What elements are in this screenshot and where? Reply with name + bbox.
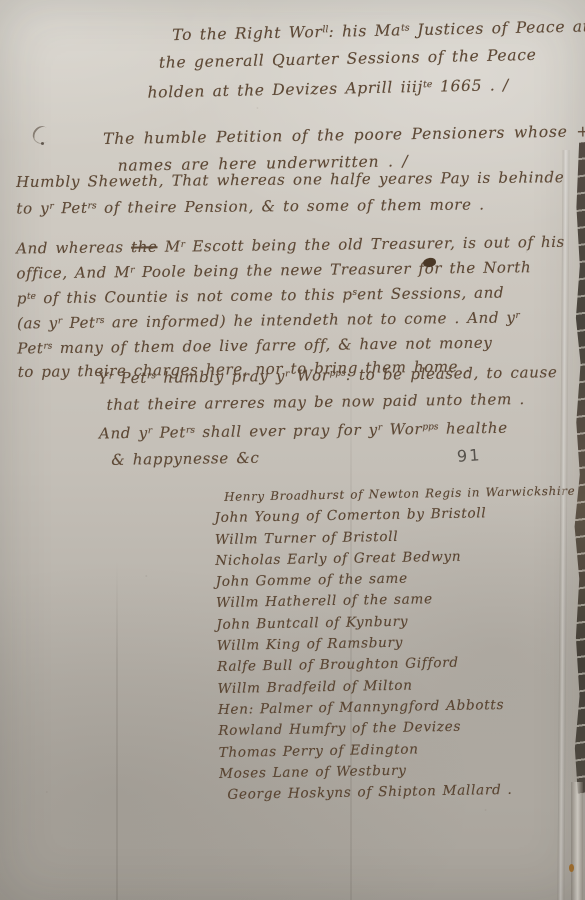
petition-heading: To the Right Worll: his Mats Justices of…	[146, 11, 585, 107]
ink-stain-dot	[41, 142, 44, 145]
manuscript-line: & happynesse &c	[99, 440, 559, 473]
folio-number: 91	[456, 445, 482, 466]
prayer-paragraph: Yr Petrs humbly pray yr Worpps: to be pl…	[98, 358, 559, 473]
manuscript-page: To the Right Worll: his Mats Justices of…	[0, 0, 585, 900]
paper-speck	[569, 864, 574, 872]
manuscript-line: to yr Petrs of theire Pension, & to some…	[16, 190, 565, 221]
showeth-paragraph: Humbly Sheweth, That whereas one halfe y…	[16, 165, 565, 221]
signatories-list: Henry Broadhurst of Newton Regis in Warw…	[214, 481, 581, 807]
ink-stain	[29, 123, 53, 148]
paper-crease-line	[116, 560, 118, 900]
